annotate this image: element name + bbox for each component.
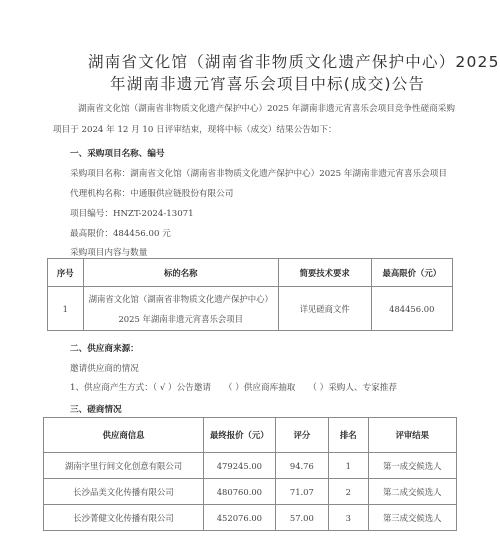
header-rank: 排名: [329, 418, 368, 453]
cell-rank: 2: [329, 479, 368, 505]
agency-name: 代理机构名称：中通服供应链股份有限公司: [70, 187, 233, 199]
bid-table: 供应商信息 最终报价（元） 评分 排名 评审结果 湖南字里行间文化创意有限公司 …: [43, 417, 457, 531]
section-3-heading: 三、磋商情况: [70, 403, 122, 415]
section-1-heading: 一、采购项目名称、编号: [70, 147, 165, 159]
cell-item-name: 湖南省文化馆（湖南省非物质文化遗产保护中心） 2025 年湖南非遗元宵喜乐会项目: [83, 287, 278, 331]
cell-supplier: 长沙品美文化传播有限公司: [44, 479, 204, 505]
header-item-name: 标的名称: [83, 259, 278, 287]
max-price: 最高限价：484456.00 元: [70, 227, 171, 239]
item-name-line-1: 湖南省文化馆（湖南省非物质文化遗产保护中心）: [84, 289, 278, 309]
table-header-row: 供应商信息 最终报价（元） 评分 排名 评审结果: [44, 418, 457, 453]
content-label: 采购项目内容与数量: [70, 246, 147, 258]
cell-score: 71.07: [275, 479, 328, 505]
cell-no: 1: [48, 287, 84, 331]
cell-price: 452076.00: [204, 505, 276, 531]
cell-score: 57.00: [275, 505, 328, 531]
intro-line-1: 湖南省文化馆（湖南省非物质文化遗产保护中心）2025 年湖南非遗元宵喜乐会项目竞…: [78, 102, 455, 114]
cell-rank: 3: [329, 505, 368, 531]
project-table: 序号 标的名称 简要技术要求 最高限价（元） 1 湖南省文化馆（湖南省非物质文化…: [47, 258, 453, 331]
cell-supplier: 湖南字里行间文化创意有限公司: [44, 453, 204, 479]
intro-line-2: 项目于 2024 年 12 月 10 日评审结束，现将中标（成交）结果公告如下：: [53, 123, 337, 135]
project-number: 项目编号：HNZT-2024-13071: [70, 207, 194, 219]
invite-suppliers-label: 邀请供应商的情况: [70, 362, 139, 374]
item-name-line-2: 2025 年湖南非遗元宵喜乐会项目: [84, 309, 278, 329]
cell-result: 第二成交候选人: [368, 479, 457, 505]
header-requirement: 简要技术要求: [278, 259, 371, 287]
table-row: 湖南字里行间文化创意有限公司 479245.00 94.76 1 第一成交候选人: [44, 453, 457, 479]
cell-supplier: 长沙菁健文化传播有限公司: [44, 505, 204, 531]
header-final-price: 最终报价（元）: [204, 418, 276, 453]
table-row: 1 湖南省文化馆（湖南省非物质文化遗产保护中心） 2025 年湖南非遗元宵喜乐会…: [48, 287, 453, 331]
header-no: 序号: [48, 259, 84, 287]
table-row: 长沙品美文化传播有限公司 480760.00 71.07 2 第二成交候选人: [44, 479, 457, 505]
title-line-1: 湖南省文化馆（湖南省非物质文化遗产保护中心）2025: [38, 50, 500, 72]
cell-requirement: 详见磋商文件: [278, 287, 371, 331]
section-2-heading: 二、供应商来源：: [70, 342, 139, 354]
header-result: 评审结果: [368, 418, 457, 453]
cell-score: 94.76: [275, 453, 328, 479]
header-supplier: 供应商信息: [44, 418, 204, 453]
cell-result: 第三成交候选人: [368, 505, 457, 531]
header-max-price: 最高限价（元）: [371, 259, 452, 287]
header-score: 评分: [275, 418, 328, 453]
cell-rank: 1: [329, 453, 368, 479]
cell-price: 484456.00: [371, 287, 452, 331]
title-line-2: 年湖南非遗元宵喜乐会项目中标(成交)公告: [110, 72, 500, 94]
cell-result: 第一成交候选人: [368, 453, 457, 479]
project-name: 采购项目名称：湖南省文化馆（湖南省非物质文化遗产保护中心）2025 年湖南非遗元…: [70, 167, 447, 179]
cell-price: 479245.00: [204, 453, 276, 479]
cell-price: 480760.00: [204, 479, 276, 505]
table-header-row: 序号 标的名称 简要技术要求 最高限价（元）: [48, 259, 453, 287]
table-row: 长沙菁健文化传播有限公司 452076.00 57.00 3 第三成交候选人: [44, 505, 457, 531]
supplier-method: 1、供应商产生方式：（ √ ）公告邀请 （ ）供应商库抽取 （ ）采购人、专家推…: [70, 381, 397, 393]
